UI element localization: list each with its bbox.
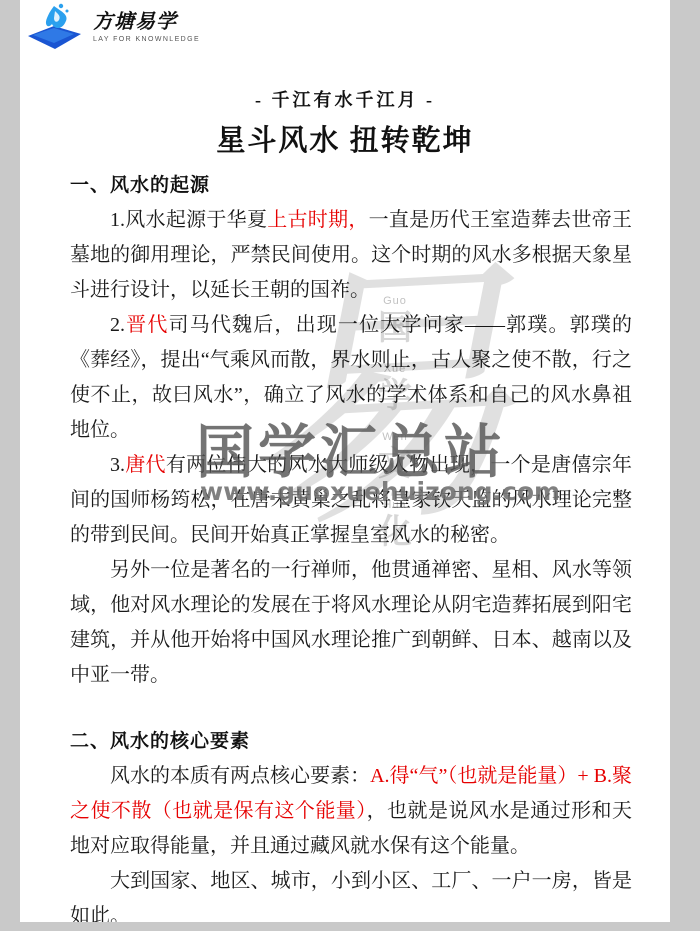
paragraph: 另外一位是著名的一行禅师，他贯通禅密、星相、风水等领域，他对风水理论的发展在于将… — [70, 553, 632, 693]
section-heading: 一、风水的起源 — [70, 168, 632, 203]
document-header: - 千江有水千江月 - 星斗风水 扭转乾坤 — [20, 88, 670, 159]
brand-tagline: LAY FOR KNOWNLEDGE — [93, 35, 200, 44]
text-run: 1.风水起源于华夏 — [110, 209, 267, 231]
brand-logo-text: 方塘易学 LAY FOR KNOWNLEDGE — [93, 11, 200, 44]
book-splash-icon — [24, 3, 84, 51]
section-fengshui-origin: 一、风水的起源 1.风水起源于华夏上古时期，一直是历代王室造葬去世帝王墓地的御用… — [70, 168, 632, 693]
brand-logo: 方塘易学 LAY FOR KNOWNLEDGE — [24, 3, 200, 51]
paragraph: 1.风水起源于华夏上古时期，一直是历代王室造葬去世帝王墓地的御用理论，严禁民间使… — [70, 203, 632, 308]
series-subtitle: - 千江有水千江月 - — [20, 88, 670, 112]
text-run: 另外一位是著名的一行禅师，他贯通禅密、星相、风水等领域，他对风水理论的发展在于将… — [70, 559, 632, 686]
section-heading: 二、风水的核心要素 — [70, 724, 632, 759]
text-run: 2. — [110, 314, 125, 336]
text-run: 风水的本质有两点核心要素： — [110, 765, 370, 787]
paragraph: 3.唐代有两位伟大的风水大师级人物出现，一个是唐僖宗年间的国师杨筠松，在唐末黄巢… — [70, 448, 632, 553]
highlight-red-text: 上古时期， — [267, 209, 368, 231]
paragraph: 大到国家、地区、城市，小到小区、工厂、一户一房，皆是如此。 — [70, 864, 632, 931]
document-body: 一、风水的起源 1.风水起源于华夏上古时期，一直是历代王室造葬去世帝王墓地的御用… — [70, 168, 632, 931]
paragraph: 风水的本质有两点核心要素：A.得“气”（也就是能量）+ B.聚之使不散（也就是保… — [70, 759, 632, 864]
paragraph: 2.晋代司马代魏后，出现一位大学问家——郭璞。郭璞的《葬经》，提出“气乘风而散，… — [70, 308, 632, 448]
section-fengshui-core: 二、风水的核心要素 风水的本质有两点核心要素：A.得“气”（也就是能量）+ B.… — [70, 724, 632, 931]
text-run: 大到国家、地区、城市，小到小区、工厂、一户一房，皆是如此。 — [70, 870, 632, 927]
highlight-red-text: 唐代 — [125, 454, 166, 476]
page-bottom-gap — [0, 922, 700, 931]
page-title: 星斗风水 扭转乾坤 — [20, 123, 670, 159]
text-run: 3. — [110, 454, 125, 476]
brand-name: 方塘易学 — [93, 11, 200, 33]
highlight-red-text: 晋代 — [125, 314, 169, 336]
